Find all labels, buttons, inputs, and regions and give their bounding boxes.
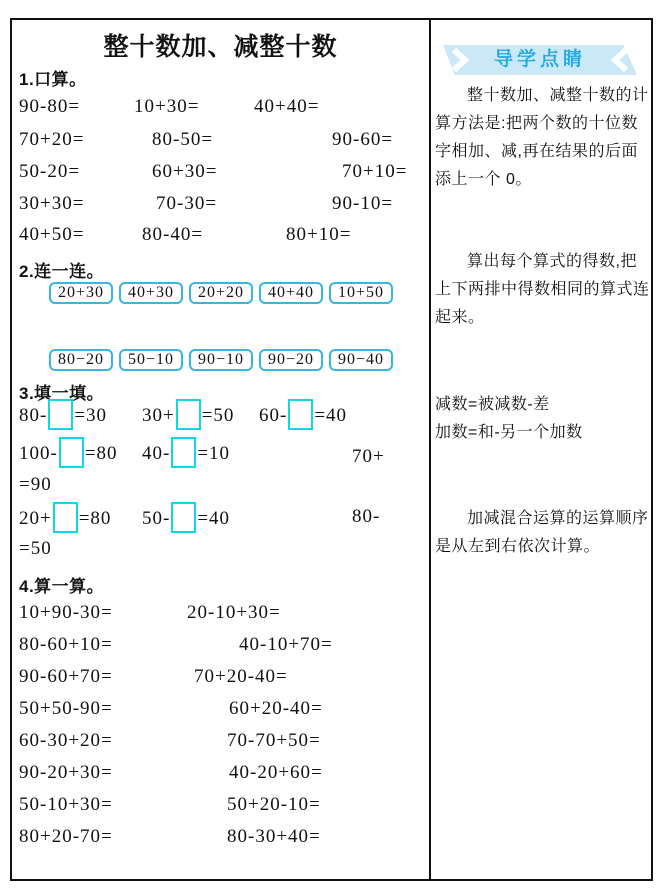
match-card: 20+20 (189, 282, 253, 304)
answer-box (176, 399, 201, 430)
answer-box (59, 437, 84, 468)
match-card: 20+30 (49, 282, 113, 304)
oral-equation: 90-80= (19, 97, 80, 118)
mixed-equation: 80+20-70= (19, 827, 113, 848)
fill-blank-post: =30 (74, 405, 107, 426)
mixed-equation: 60+20-40= (229, 699, 323, 720)
fill-blank-item: 20+=80 (19, 502, 111, 533)
fill-blank-pre: 40- (142, 443, 170, 464)
fill-blank-post: =40 (314, 405, 347, 426)
tip-line: 加减混合运算的运算顺序 (467, 509, 649, 529)
fill-blank-wrapped-start: 80- (352, 507, 380, 528)
tip-line: 字相加、减,再在结果的后面 (435, 142, 638, 162)
fill-blank-post: =80 (85, 443, 118, 464)
tip-line: 上下两排中得数相同的算式连 (435, 280, 650, 300)
oral-equation: 70-30= (156, 194, 217, 215)
oral-equation: 70+10= (342, 162, 407, 183)
match-card: 90−20 (259, 349, 323, 371)
oral-equation: 10+30= (134, 97, 199, 118)
match-card: 50−10 (119, 349, 183, 371)
match-card-row-top: 20+30 40+30 20+20 40+40 10+50 (49, 282, 393, 304)
tip-line: 算方法是:把两个数的十位数 (435, 114, 638, 134)
oral-equation: 90-10= (332, 194, 393, 215)
formula-line: 加数=和-另一个加数 (435, 423, 583, 443)
page-title: 整十数加、减整十数 (12, 27, 429, 63)
section-4-label: 4.算一算。 (19, 572, 104, 597)
mixed-equation: 20-10+30= (187, 603, 281, 624)
answer-box (53, 502, 78, 533)
mixed-equation: 80-60+10= (19, 635, 113, 656)
mixed-equation: 70+20-40= (194, 667, 288, 688)
answer-box (48, 399, 73, 430)
fill-blank-pre: 50- (142, 508, 170, 529)
mixed-equation: 50+20-10= (227, 795, 321, 816)
formula-line: 减数=被减数-差 (435, 395, 550, 415)
mixed-equation: 40-10+70= (239, 635, 333, 656)
section-1-label: 1.口算。 (19, 65, 87, 90)
mixed-equation: 90-20+30= (19, 763, 113, 784)
oral-equation: 40+40= (254, 97, 319, 118)
oral-equation: 30+30= (19, 194, 84, 215)
oral-equation: 80+10= (286, 225, 351, 246)
fill-blank-item: 60-=40 (259, 399, 347, 430)
section-2-label: 2.连一连。 (19, 257, 104, 282)
answer-box (171, 502, 196, 533)
oral-equation: 80-50= (152, 130, 213, 151)
mixed-equation: 50-10+30= (19, 795, 113, 816)
tip-line: 整十数加、减整十数的计 (467, 86, 649, 106)
mixed-equation: 70-70+50= (227, 731, 321, 752)
mixed-equation: 50+50-90= (19, 699, 113, 720)
worksheet-frame: 整十数加、减整十数 1.口算。 90-80= 10+30= 40+40= 70+… (10, 18, 653, 881)
guide-banner: 导学点睛 (443, 45, 637, 75)
mixed-equation: 60-30+20= (19, 731, 113, 752)
fill-blank-item: 80-=30 (19, 399, 107, 430)
guide-sidebar: 导学点睛 整十数加、减整十数的计 算方法是:把两个数的十位数 字相加、减,再在结… (431, 20, 651, 879)
fill-blank-pre: 100- (19, 443, 58, 464)
fill-blank-wrapped-end: =50 (19, 539, 52, 560)
oral-equation: 60+30= (152, 162, 217, 183)
fill-blank-post: =10 (197, 443, 230, 464)
match-card: 10+50 (329, 282, 393, 304)
fill-blank-post: =50 (202, 405, 235, 426)
tip-line: 算出每个算式的得数,把 (467, 252, 637, 272)
worksheet-main-column: 整十数加、减整十数 1.口算。 90-80= 10+30= 40+40= 70+… (12, 20, 431, 879)
fill-blank-item: 100-=80 (19, 437, 118, 468)
answer-box (288, 399, 313, 430)
oral-equation: 70+20= (19, 130, 84, 151)
fill-blank-item: 50-=40 (142, 502, 230, 533)
match-card: 80−20 (49, 349, 113, 371)
fill-blank-pre: 60- (259, 405, 287, 426)
tip-line: 起来。 (435, 308, 485, 328)
fill-blank-pre: 30+ (142, 405, 175, 426)
banner-title: 导学点睛 (443, 45, 637, 75)
match-card: 40+40 (259, 282, 323, 304)
oral-equation: 50-20= (19, 162, 80, 183)
fill-blank-wrapped-start: 70+ (352, 447, 385, 468)
oral-equation: 80-40= (142, 225, 203, 246)
mixed-equation: 10+90-30= (19, 603, 113, 624)
fill-blank-pre: 20+ (19, 508, 52, 529)
mixed-equation: 90-60+70= (19, 667, 113, 688)
fill-blank-wrapped-end: =90 (19, 475, 52, 496)
tip-line: 添上一个 0。 (435, 170, 532, 190)
oral-equation: 40+50= (19, 225, 84, 246)
tip-line: 是从左到右依次计算。 (435, 537, 600, 557)
fill-blank-item: 30+=50 (142, 399, 234, 430)
fill-blank-item: 40-=10 (142, 437, 230, 468)
match-card: 90−40 (329, 349, 393, 371)
match-card: 40+30 (119, 282, 183, 304)
answer-box (171, 437, 196, 468)
match-card: 90−10 (189, 349, 253, 371)
mixed-equation: 80-30+40= (227, 827, 321, 848)
fill-blank-post: =40 (197, 508, 230, 529)
match-card-row-bottom: 80−20 50−10 90−10 90−20 90−40 (49, 349, 393, 371)
oral-equation: 90-60= (332, 130, 393, 151)
fill-blank-post: =80 (79, 508, 112, 529)
fill-blank-pre: 80- (19, 405, 47, 426)
mixed-equation: 40-20+60= (229, 763, 323, 784)
